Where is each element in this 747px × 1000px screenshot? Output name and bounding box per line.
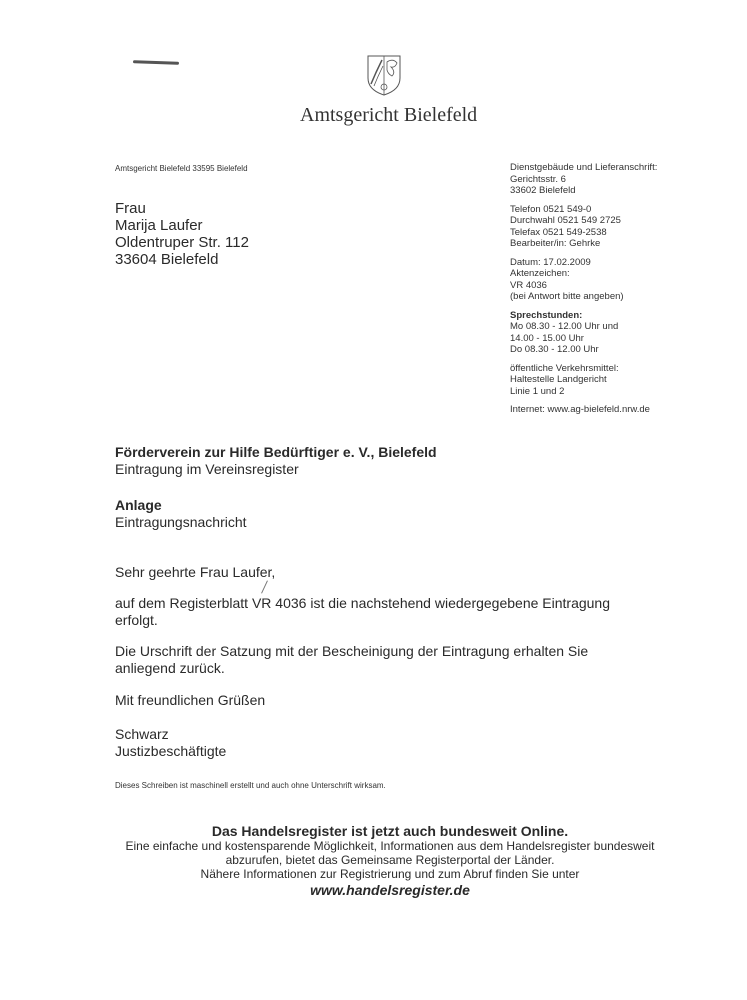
court-name: Amtsgericht Bielefeld bbox=[300, 104, 477, 127]
signer-name: Schwarz bbox=[115, 726, 675, 743]
footer-url-link[interactable]: www.handelsregister.de bbox=[110, 882, 670, 899]
footer-line-3: Nähere Informationen zur Registrierung u… bbox=[110, 867, 670, 881]
footer-notice: Das Handelsregister ist jetzt auch bunde… bbox=[110, 823, 670, 899]
file-ref-note: (bei Antwort bitte angeben) bbox=[510, 291, 657, 303]
fax: Telefax 0521 549-2538 bbox=[510, 227, 657, 239]
clerk: Bearbeiter/in: Gehrke bbox=[510, 238, 657, 250]
address-street: Gerichtsstr. 6 bbox=[510, 174, 657, 186]
transit-stop: Haltestelle Landgericht bbox=[510, 374, 657, 386]
staple-mark bbox=[133, 60, 179, 65]
enclosure-label: Anlage bbox=[115, 497, 247, 514]
court-website: Internet: www.ag-bielefeld.nrw.de bbox=[510, 404, 657, 416]
enclosure-block: Anlage Eintragungsnachricht bbox=[115, 497, 247, 531]
machine-generated-note: Dieses Schreiben ist maschinell erstellt… bbox=[115, 781, 386, 790]
address-label: Dienstgebäude und Lieferanschrift: bbox=[510, 162, 657, 174]
transit-label: öffentliche Verkehrsmittel: bbox=[510, 363, 657, 375]
file-ref: VR 4036 bbox=[510, 280, 657, 292]
office-hours-label: Sprechstunden: bbox=[510, 310, 582, 321]
subject-subtitle: Eintragung im Vereinsregister bbox=[115, 461, 437, 478]
court-info-block: Dienstgebäude und Lieferanschrift: Geric… bbox=[510, 162, 657, 423]
recipient-salutation: Frau bbox=[115, 200, 249, 217]
paragraph-2: Die Urschrift der Satzung mit der Besche… bbox=[115, 643, 615, 677]
phone: Telefon 0521 549-0 bbox=[510, 204, 657, 216]
office-hours-1: Mo 08.30 - 12.00 Uhr und bbox=[510, 321, 657, 333]
closing: Mit freundlichen Grüßen bbox=[115, 692, 675, 709]
direct-dial: Durchwahl 0521 549 2725 bbox=[510, 215, 657, 227]
greeting: Sehr geehrte Frau Laufer, bbox=[115, 564, 675, 581]
pen-mark bbox=[261, 580, 268, 593]
recipient-city: 33604 Bielefeld bbox=[115, 251, 249, 268]
date: Datum: 17.02.2009 bbox=[510, 257, 657, 269]
subject-block: Förderverein zur Hilfe Bedürftiger e. V.… bbox=[115, 444, 437, 478]
recipient-street: Oldentruper Str. 112 bbox=[115, 234, 249, 251]
footer-headline: Das Handelsregister ist jetzt auch bunde… bbox=[110, 823, 670, 839]
file-ref-label: Aktenzeichen: bbox=[510, 268, 657, 280]
paragraph-1: auf dem Registerblatt VR 4036 ist die na… bbox=[115, 595, 645, 629]
recipient-address: Frau Marija Laufer Oldentruper Str. 112 … bbox=[115, 200, 249, 268]
office-hours-3: Do 08.30 - 12.00 Uhr bbox=[510, 344, 657, 356]
transit-lines: Linie 1 und 2 bbox=[510, 386, 657, 398]
footer-line-1: Eine einfache und kostensparende Möglich… bbox=[110, 839, 670, 853]
address-city: 33602 Bielefeld bbox=[510, 185, 657, 197]
nrw-coat-of-arms-icon bbox=[366, 54, 402, 96]
enclosure-value: Eintragungsnachricht bbox=[115, 514, 247, 531]
footer-line-2: abzurufen, bietet das Gemeinsame Registe… bbox=[110, 853, 670, 867]
subject-title: Förderverein zur Hilfe Bedürftiger e. V.… bbox=[115, 444, 437, 461]
recipient-name: Marija Laufer bbox=[115, 217, 249, 234]
office-hours-2: 14.00 - 15.00 Uhr bbox=[510, 333, 657, 345]
signer-title: Justizbeschäftigte bbox=[115, 743, 675, 760]
sender-return-address: Amtsgericht Bielefeld 33595 Bielefeld bbox=[115, 164, 248, 173]
